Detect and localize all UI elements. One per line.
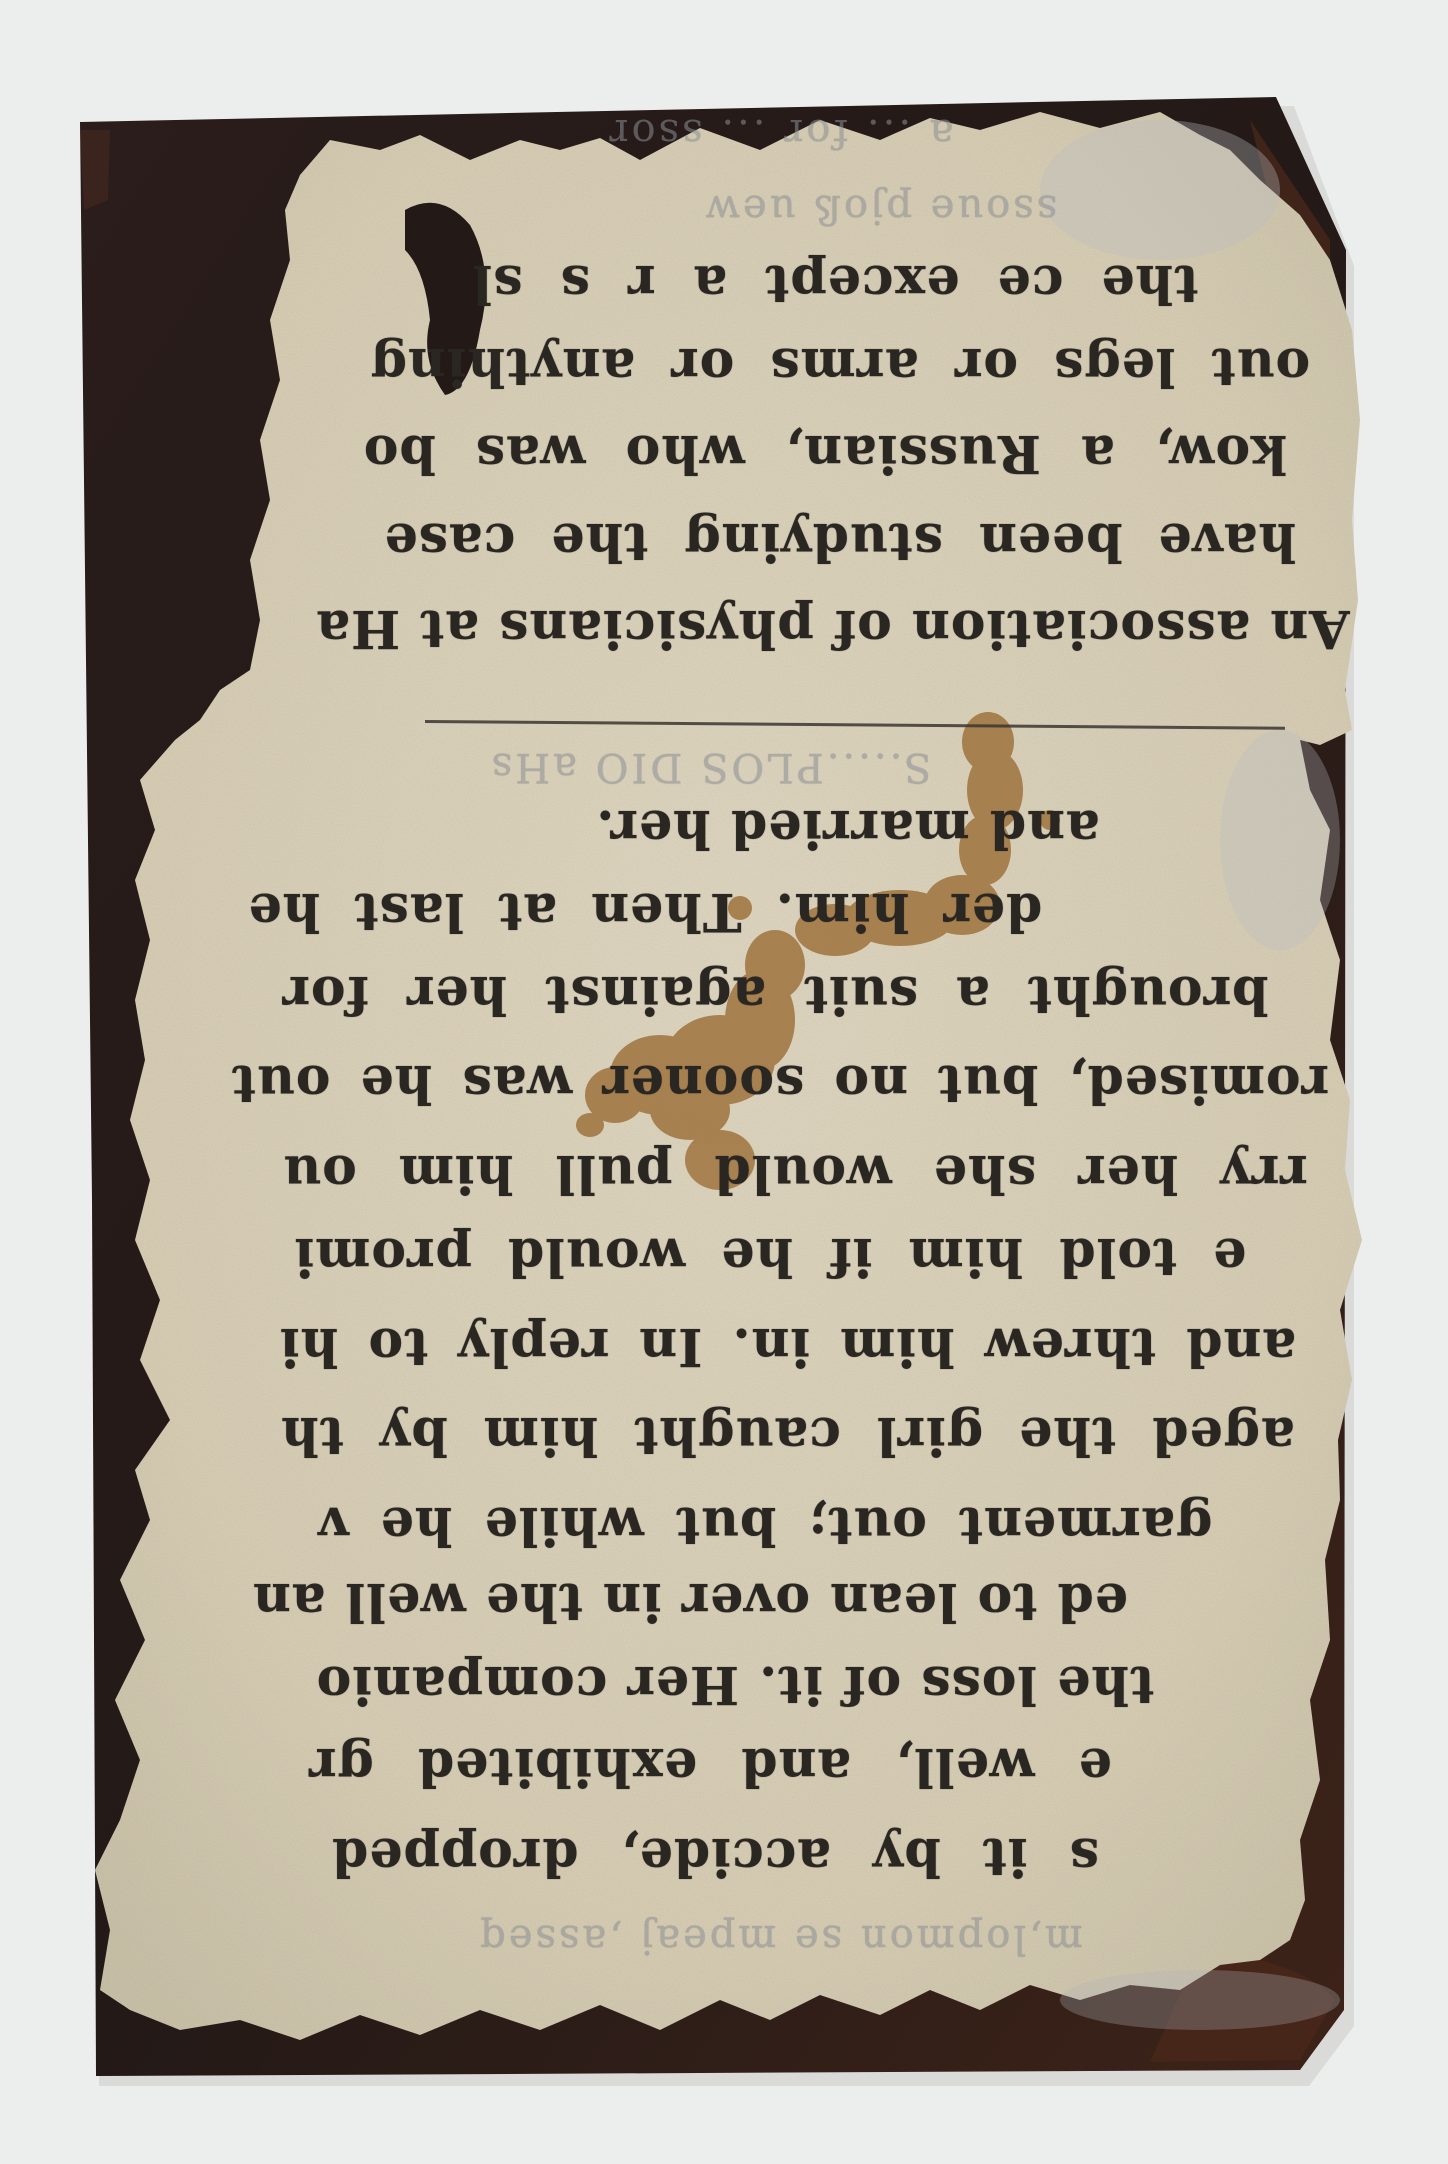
faint-text-line: ssoue pjoß uew xyxy=(560,186,1200,232)
faint-heading: S.....PLOS DIO aHs xyxy=(430,744,990,790)
text-line: garment out; but while he v xyxy=(290,1495,1240,1555)
text-line: e well, and exhibited gr xyxy=(260,1736,1160,1796)
text-line: rry her she would pull him ou xyxy=(240,1143,1350,1203)
text-line: An association of physicians at Ha xyxy=(310,598,1355,658)
text-line: e told him if he would promi xyxy=(265,1226,1275,1286)
text-line: ed to lean over in the well an xyxy=(235,1571,1145,1631)
text-line: and threw him in. In reply to hi xyxy=(225,1316,1350,1376)
text-line: s it by accide, dropped xyxy=(285,1826,1145,1886)
text-line: out legs or arms or anything xyxy=(320,336,1360,396)
text-line: the loss of it. Her companio xyxy=(240,1654,1230,1714)
text-line: kow, a Russian, who was bo xyxy=(300,423,1350,483)
text-line: brought a suit against her for xyxy=(205,964,1345,1024)
faint-text-line: m,lopmon se mpeaj ,asseq xyxy=(320,1916,1240,1962)
scanned-artifact: a ... for ... ssor ssoue pjoß uew the ce… xyxy=(0,0,1448,2164)
text-line: the ce except a r s sl xyxy=(320,253,1350,313)
text-line: and married her. xyxy=(570,798,1125,858)
text-line: have been studying the case xyxy=(330,511,1350,571)
faint-text-line: a ... for ... ssor xyxy=(420,110,1140,156)
text-line: aged the girl caught him by th xyxy=(225,1405,1350,1465)
text-line: romised, but no sooner was he out xyxy=(210,1053,1350,1113)
text-line: der him. Then at last he xyxy=(215,881,1075,941)
